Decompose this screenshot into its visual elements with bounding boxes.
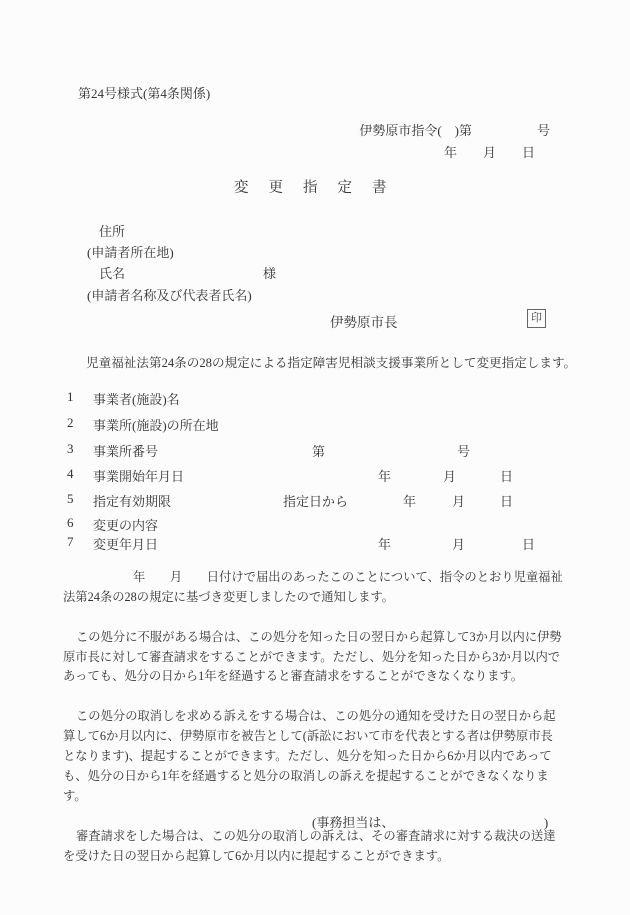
day-label: 日 [500,491,513,510]
appeal-paragraph-revocation-suit: この処分の取消しを求める訴えをする場合は、この処分の通知を受けた日の翌日から起 … [63,707,590,807]
official-seal-mark: 印 [527,309,546,328]
item-label: 事業所(施設)の所在地 [93,415,219,434]
item-label: 事業開始年月日 [93,466,184,485]
month-label: 月 [452,491,465,510]
item-label: 変更の内容 [93,515,158,534]
year-label: 年 [403,491,416,510]
item-row-operator-name: 1 事業者(施設)名 [0,389,630,407]
day-label: 日 [500,466,513,485]
item-row-office-location: 2 事業所(施設)の所在地 [0,415,630,433]
year-label: 年 [378,466,391,485]
directive-number-line: 伊勢原市指令( )第 号 [359,120,550,139]
addressee-address-label: 住所 [99,221,125,240]
designation-from-label: 指定日から [283,491,348,510]
issue-date-line: 年 月 日 [444,142,535,161]
item-label: 事業所番号 [93,441,158,460]
addressee-name-label: 氏名 [99,263,125,282]
form-number: 第24号様式(第4条関係) [78,83,210,102]
item-label: 指定有効期限 [93,491,171,510]
notification-paragraph: 年 月 日付けで届出のあったこのことについて、指令のとおり児童福祉 法第24条の… [63,568,590,608]
office-number-suffix: 号 [457,441,470,460]
item-row-designation-validity: 5 指定有効期限 指定日から 年 月 日 [0,491,630,509]
clerk-in-charge-note: (事務担当は、 ) [312,812,548,831]
addressee-address-note: (申請者所在地) [87,242,174,261]
item-label: 事業者(施設)名 [93,389,180,408]
month-label: 月 [443,466,456,485]
appeal-paragraph-review-request: この処分に不服がある場合は、この処分を知った日の翌日から起算して3か月以内に伊勢… [63,628,590,688]
main-designation-sentence: 児童福祉法第24条の28の規定による指定障害児相談支援事業所として変更指定します… [63,352,593,371]
addressee-name-note: (申請者名称及び代表者氏名) [87,285,252,304]
document-page: 第24号様式(第4条関係) 伊勢原市指令( )第 号 年 月 日 変更指定書 住… [0,0,630,915]
item-number: 4 [67,466,74,482]
addressee-name-row: 氏名 様 [0,263,630,281]
office-number-prefix: 第 [312,441,325,460]
item-row-office-number: 3 事業所番号 第 号 [0,441,630,459]
document-title: 変更指定書 [234,176,407,197]
appeal-paragraph-after-ruling: 審査請求をした場合は、この処分の取消しの訴えは、その審査請求に対する裁決の送達 … [63,827,590,867]
addressee-honorific: 様 [263,263,276,282]
item-number: 3 [67,441,74,457]
mayor-title: 伊勢原市長 [330,311,398,331]
item-row-business-start-date: 4 事業開始年月日 年 月 日 [0,466,630,484]
item-number: 2 [67,415,74,431]
item-number: 6 [67,515,74,531]
item-number: 1 [67,389,74,405]
item-row-change-content: 6 変更の内容 [0,515,630,533]
body-paragraphs: 年 月 日付けで届出のあったこのことについて、指令のとおり児童福祉 法第24条の… [63,548,590,886]
item-number: 5 [67,491,74,507]
